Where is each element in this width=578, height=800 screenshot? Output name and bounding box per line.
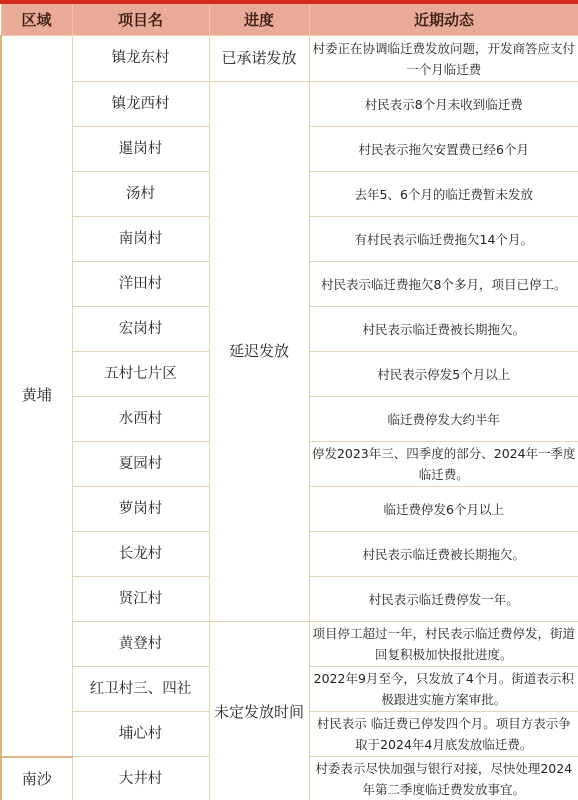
news-cell: 村民表示临迁费拖欠8个多月，项目已停工。 [309, 262, 578, 307]
news-cell: 村民表示8个月未收到临迁费 [309, 82, 578, 127]
project-cell: 贤江村 [72, 577, 209, 622]
news-cell: 有村民表示临迁费拖欠14个月。 [309, 217, 578, 262]
header-project: 项目名 [72, 4, 209, 36]
project-cell: 南岗村 [72, 217, 209, 262]
news-cell: 2022年9月至今，只发放了4个月。街道表示积极跟进实施方案审批。 [309, 667, 578, 712]
project-cell: 五村七片区 [72, 352, 209, 397]
news-cell: 临迁费停发6个月以上 [309, 487, 578, 532]
project-cell: 镇龙西村 [72, 82, 209, 127]
news-cell: 村民表示临迁费被长期拖欠。 [309, 307, 578, 352]
table-row: 镇龙西村 延迟发放 村民表示8个月未收到临迁费 [1, 82, 578, 127]
project-cell: 夏园村 [72, 442, 209, 487]
status-cell: 已承诺发放 [209, 36, 309, 82]
region-cell: 南沙 [1, 757, 72, 800]
relocation-fee-table: 区域 项目名 进度 近期动态 黄埔 镇龙东村 已承诺发放 村委正在协调临迁费发放… [0, 4, 578, 800]
project-cell: 宏岗村 [72, 307, 209, 352]
status-cell: 未定发放时间 [209, 622, 309, 800]
project-cell: 萝岗村 [72, 487, 209, 532]
project-cell: 洋田村 [72, 262, 209, 307]
header-row: 区域 项目名 进度 近期动态 [1, 4, 578, 36]
news-cell: 村民表示 临迁费已停发四个月。项目方表示争取于2024年4月底发放临迁费。 [309, 712, 578, 757]
table-row: 黄登村 未定发放时间 项目停工超过一年，村民表示临迁费停发，街道回复积极加快报批… [1, 622, 578, 667]
table-row: 黄埔 镇龙东村 已承诺发放 村委正在协调临迁费发放问题，开发商答应支付一个月临迁… [1, 36, 578, 82]
header-news: 近期动态 [309, 4, 578, 36]
news-cell: 村民表示临迁费停发一年。 [309, 577, 578, 622]
region-cell: 黄埔 [1, 36, 72, 757]
news-cell: 村民表示拖欠安置费已经6个月 [309, 127, 578, 172]
news-cell: 去年5、6个月的临迁费暂未发放 [309, 172, 578, 217]
news-cell: 村委正在协调临迁费发放问题，开发商答应支付一个月临迁费 [309, 36, 578, 82]
news-cell: 项目停工超过一年，村民表示临迁费停发，街道回复积极加快报批进度。 [309, 622, 578, 667]
project-cell: 暹岗村 [72, 127, 209, 172]
news-cell: 村民表示临迁费被长期拖欠。 [309, 532, 578, 577]
project-cell: 水西村 [72, 397, 209, 442]
news-cell: 村委表示尽快加强与银行对接，尽快处理2024年第二季度临迁费发放事宜。 [309, 757, 578, 800]
project-cell: 红卫村三、四社 [72, 667, 209, 712]
header-progress: 进度 [209, 4, 309, 36]
news-cell: 村民表示停发5个月以上 [309, 352, 578, 397]
project-cell: 镇龙东村 [72, 36, 209, 82]
project-cell: 长龙村 [72, 532, 209, 577]
news-cell: 临迁费停发大约半年 [309, 397, 578, 442]
news-cell: 停发2023年三、四季度的部分、2024年一季度临迁费。 [309, 442, 578, 487]
project-cell: 埔心村 [72, 712, 209, 757]
status-cell: 延迟发放 [209, 82, 309, 622]
project-cell: 大井村 [72, 757, 209, 800]
header-region: 区域 [1, 4, 72, 36]
project-cell: 黄登村 [72, 622, 209, 667]
project-cell: 汤村 [72, 172, 209, 217]
